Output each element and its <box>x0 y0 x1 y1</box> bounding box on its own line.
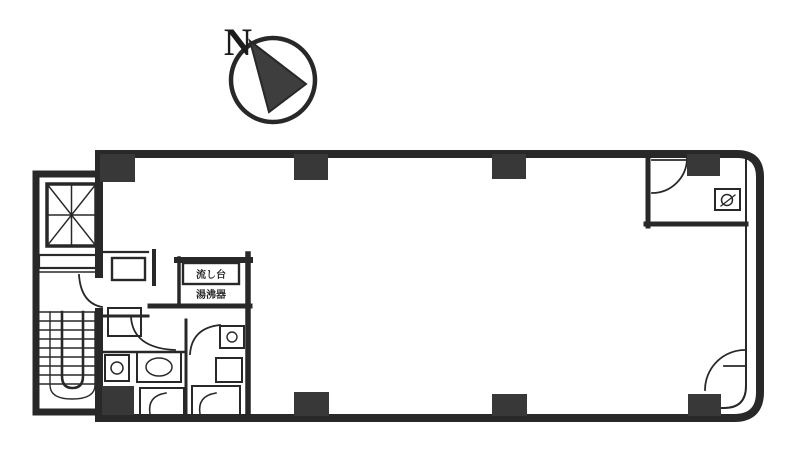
column <box>100 154 135 182</box>
column <box>294 392 329 416</box>
building-outline <box>99 154 760 418</box>
column <box>492 394 527 416</box>
duct-box <box>112 258 145 280</box>
column <box>687 154 720 176</box>
kitchenette-label: 湯沸器 <box>196 288 226 301</box>
column <box>688 394 721 416</box>
north-compass-icon: N <box>224 21 315 122</box>
compass-needle <box>250 41 306 112</box>
floorplan-canvas: N <box>0 0 787 470</box>
compass-n-label: N <box>224 21 252 64</box>
column <box>102 386 134 415</box>
plan-linework: N <box>36 21 760 418</box>
wall-opening <box>94 278 106 308</box>
column <box>294 154 328 180</box>
sink-unit-label: 流し台 <box>196 268 226 281</box>
column <box>492 154 526 179</box>
elevator-cross-lines <box>47 184 96 246</box>
